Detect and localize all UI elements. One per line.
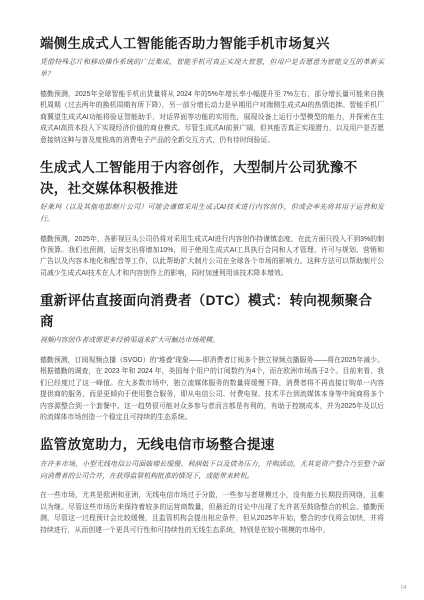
section-subtitle: 凭借特殊芯片和移动操作系统的广泛集成，智能手机可真正实现大智慧，但用户是否愿意为… — [40, 57, 384, 81]
page-number: 04 — [401, 585, 407, 591]
section-heading: 端侧生成式人工智能能否助力智能手机市场复兴 — [40, 34, 384, 54]
section-body: 在一些市场，尤其是欧洲和亚洲，无线电信市场过于分散，一些参与者规模过小，没有能力… — [40, 490, 384, 536]
section-dtc-model: 重新评估直接面向消费者（DTC）模式：转向视频聚合商 视频内容创作者或需更多经销… — [40, 291, 384, 423]
section-heading: 监管放宽助力，无线电信市场整合提速 — [40, 435, 384, 455]
section-body: 德勤预测，2025年全球智能手机出货量将从 2024 年的5%年增长率小幅提升至… — [40, 89, 384, 146]
section-subtitle: 好莱坞（以及其他电影制片公司）可能会谨慎采用生成式AI技术进行内容创作，但或会率… — [40, 202, 384, 226]
section-heading: 重新评估直接面向消费者（DTC）模式：转向视频聚合商 — [40, 291, 384, 332]
section-genai-content-creation: 生成式人工智能用于内容创作，大型制片公司犹豫不决，社交媒体积极推进 好莱坞（以及… — [40, 158, 384, 279]
section-body: 德勤预测，订阅视频点播（SVOD）的“堆叠”现象——即消费者订阅多个独立视频点播… — [40, 355, 384, 424]
section-body: 德勤预测，2025年，各影视巨头公司仍将对采用生成式AI进行内容创作持谨慎态度，… — [40, 234, 384, 280]
section-subtitle: 视频内容创作者或需更多经销渠道来扩大可触达市场规模。 — [40, 335, 384, 347]
document-page: 端侧生成式人工智能能否助力智能手机市场复兴 凭借特殊芯片和移动操作系统的广泛集成… — [0, 0, 424, 600]
section-smartphone-genai: 端侧生成式人工智能能否助力智能手机市场复兴 凭借特殊芯片和移动操作系统的广泛集成… — [40, 34, 384, 146]
section-telecom-consolidation: 监管放宽助力，无线电信市场整合提速 在许多市场，小型无线电信公司面临增长缓慢、利… — [40, 435, 384, 536]
page-content: 端侧生成式人工智能能否助力智能手机市场复兴 凭借特殊芯片和移动操作系统的广泛集成… — [40, 34, 384, 548]
section-subtitle: 在许多市场，小型无线电信公司面临增长缓慢、利润低下以及债务压力，并购活动，尤其是… — [40, 459, 384, 483]
section-heading: 生成式人工智能用于内容创作，大型制片公司犹豫不决，社交媒体积极推进 — [40, 158, 384, 199]
